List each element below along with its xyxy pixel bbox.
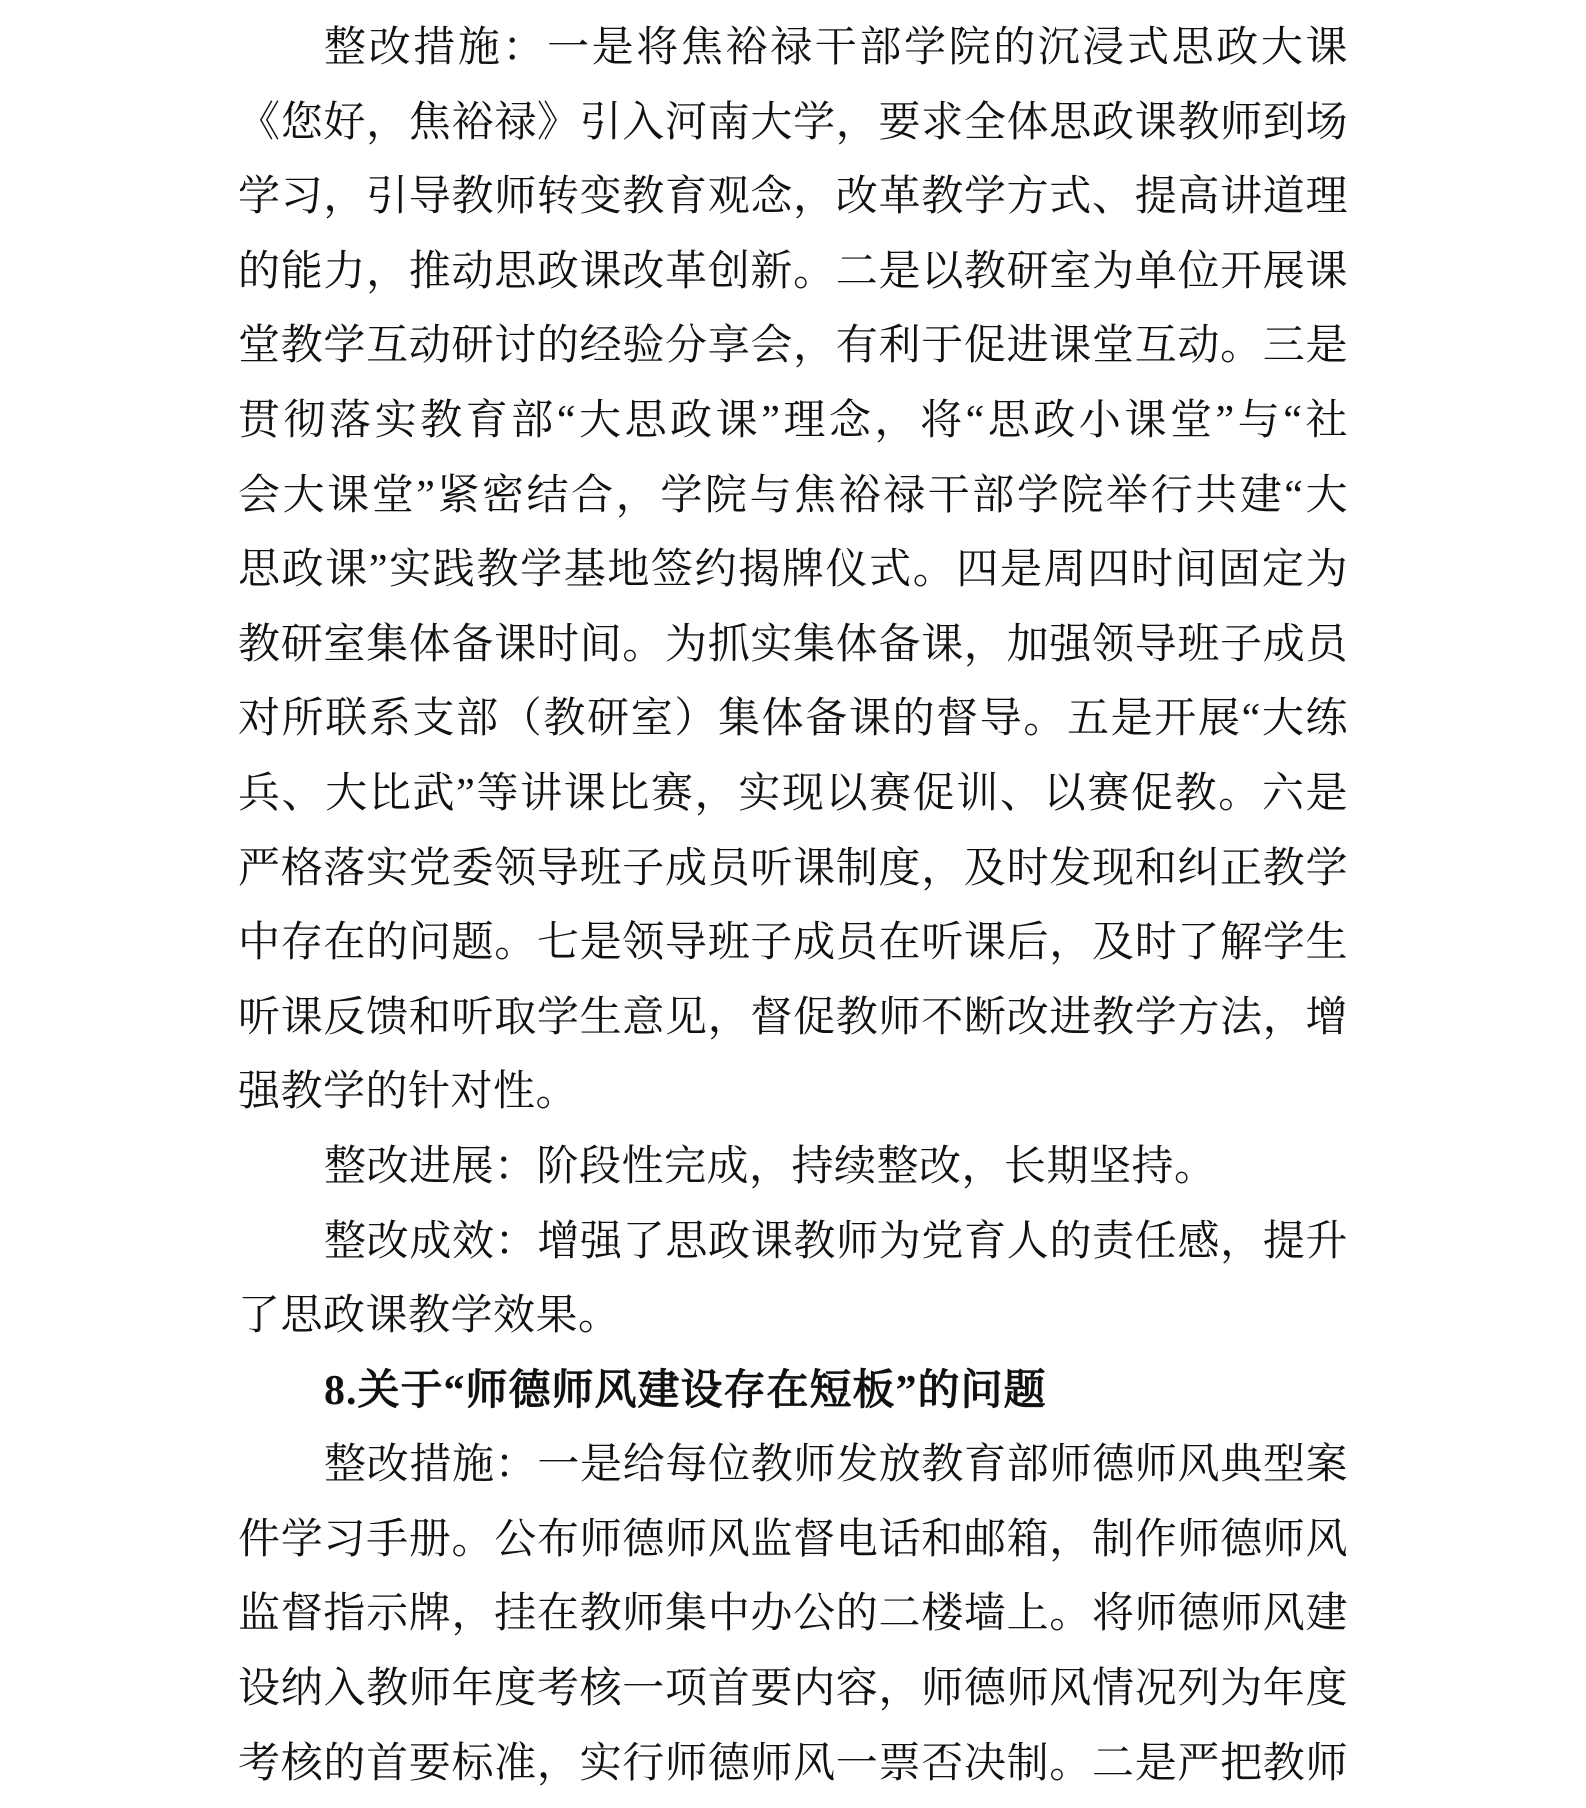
document-page: 整改措施：一是将焦裕禄干部学院的沉浸式思政大课《您好，焦裕禄》引入河南大学，要求…: [0, 0, 1586, 1808]
text-line: 兵、大比武”等讲课比赛，实现以赛促训、以赛促教。六是: [238, 757, 1348, 832]
document-content: 整改措施：一是将焦裕禄干部学院的沉浸式思政大课《您好，焦裕禄》引入河南大学，要求…: [238, 11, 1348, 1801]
text-line: 学习，引导教师转变教育观念，改革教学方式、提高讲道理: [238, 160, 1348, 235]
paragraph: 整改措施：一是将焦裕禄干部学院的沉浸式思政大课《您好，焦裕禄》引入河南大学，要求…: [238, 11, 1348, 1130]
section-heading: 8.关于“师德师风建设存在短板”的问题: [238, 1354, 1348, 1429]
text-line: 件学习手册。公布师德师风监督电话和邮箱，制作师德师风: [238, 1503, 1348, 1578]
text-line: 监督指示牌，挂在教师集中办公的二楼墙上。将师德师风建: [238, 1577, 1348, 1652]
text-line: 思政课”实践教学基地签约揭牌仪式。四是周四时间固定为: [238, 533, 1348, 608]
text-line: 强教学的针对性。: [238, 1055, 1348, 1130]
text-line: 贯彻落实教育部“大思政课”理念，将“思政小课堂”与“社: [238, 384, 1348, 459]
text-line: 听课反馈和听取学生意见，督促教师不断改进教学方法，增: [238, 981, 1348, 1056]
text-line: 整改措施：一是将焦裕禄干部学院的沉浸式思政大课: [238, 11, 1348, 86]
paragraph: 整改进展：阶段性完成，持续整改，长期坚持。: [238, 1130, 1348, 1205]
text-line: 会大课堂”紧密结合，学院与焦裕禄干部学院举行共建“大: [238, 459, 1348, 534]
paragraph: 整改措施：一是给每位教师发放教育部师德师风典型案件学习手册。公布师德师风监督电话…: [238, 1428, 1348, 1801]
paragraph: 整改成效：增强了思政课教师为党育人的责任感，提升了思政课教学效果。: [238, 1205, 1348, 1354]
text-line: 整改措施：一是给每位教师发放教育部师德师风典型案: [238, 1428, 1348, 1503]
text-line: 教研室集体备课时间。为抓实集体备课，加强领导班子成员: [238, 608, 1348, 683]
text-line: 整改进展：阶段性完成，持续整改，长期坚持。: [238, 1130, 1348, 1205]
text-line: 整改成效：增强了思政课教师为党育人的责任感，提升: [238, 1205, 1348, 1280]
text-line: 对所联系支部（教研室）集体备课的督导。五是开展“大练: [238, 682, 1348, 757]
text-line: 了思政课教学效果。: [238, 1279, 1348, 1354]
text-line: 《您好，焦裕禄》引入河南大学，要求全体思政课教师到场: [238, 86, 1348, 161]
heading-line: 8.关于“师德师风建设存在短板”的问题: [238, 1354, 1348, 1429]
text-line: 堂教学互动研讨的经验分享会，有利于促进课堂互动。三是: [238, 309, 1348, 384]
text-line: 的能力，推动思政课改革创新。二是以教研室为单位开展课: [238, 235, 1348, 310]
text-line: 设纳入教师年度考核一项首要内容，师德师风情况列为年度: [238, 1652, 1348, 1727]
text-line: 中存在的问题。七是领导班子成员在听课后，及时了解学生: [238, 906, 1348, 981]
text-line: 严格落实党委领导班子成员听课制度，及时发现和纠正教学: [238, 832, 1348, 907]
text-line: 考核的首要标准，实行师德师风一票否决制。二是严把教师: [238, 1727, 1348, 1802]
